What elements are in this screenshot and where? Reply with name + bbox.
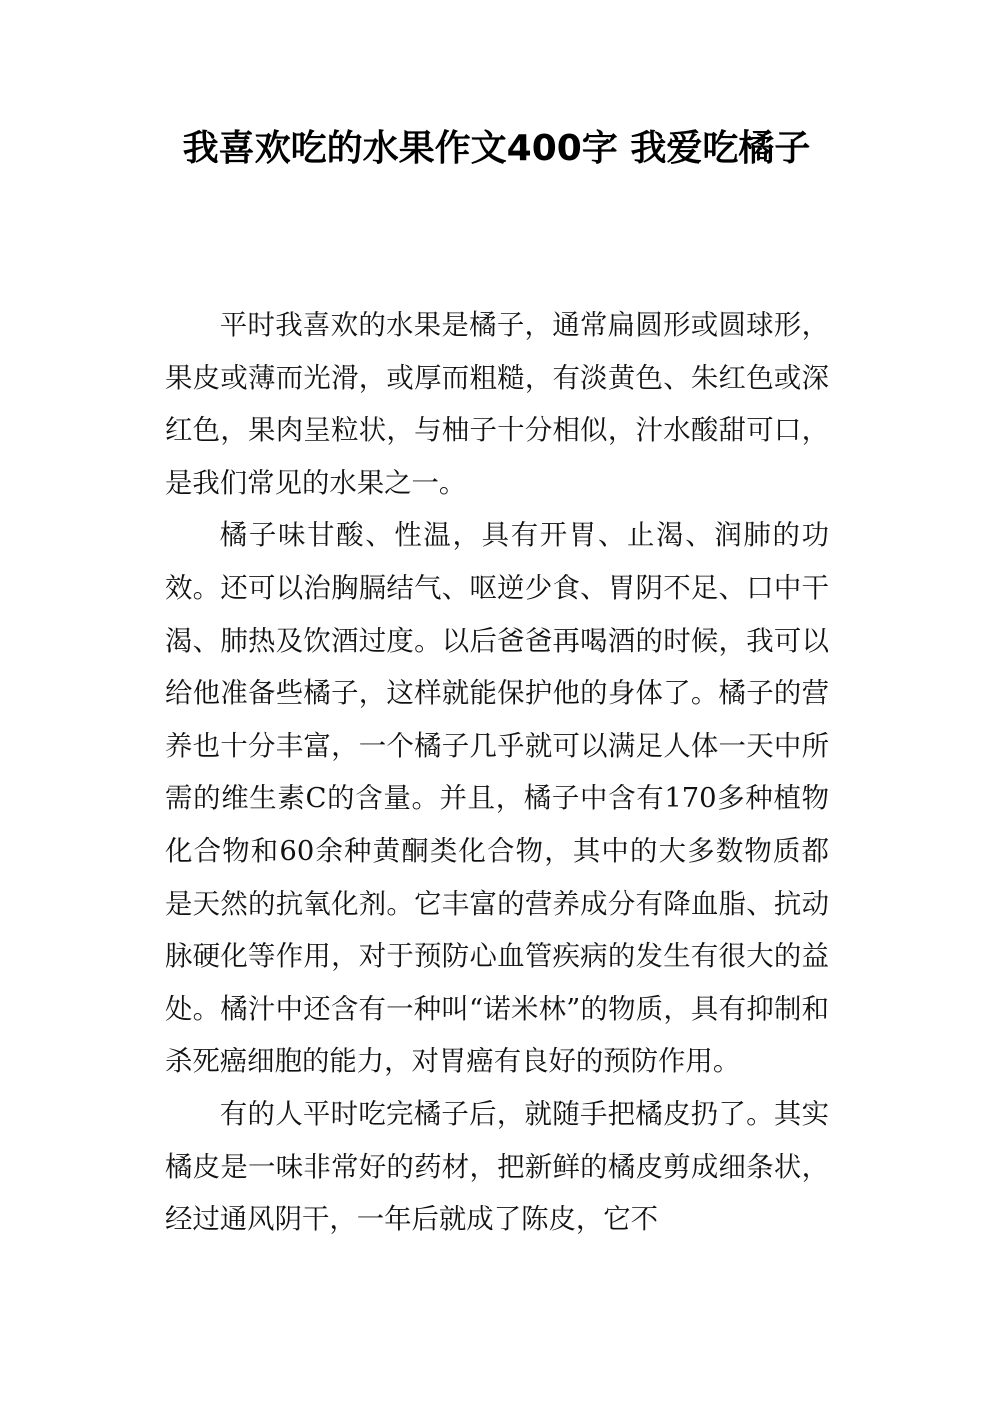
- document-title: 我喜欢吃的水果作文400字 我爱吃橘子: [150, 124, 843, 174]
- document-page: 我喜欢吃的水果作文400字 我爱吃橘子 平时我喜欢的水果是橘子，通常扁圆形或圆球…: [0, 0, 993, 1404]
- paragraph-1: 平时我喜欢的水果是橘子，通常扁圆形或圆球形，果皮或薄而光滑，或厚而粗糙，有淡黄色…: [165, 300, 829, 510]
- paragraph-2: 橘子味甘酸、性温，具有开胃、止渴、润肺的功效。还可以治胸膈结气、呕逆少食、胃阴不…: [165, 510, 829, 1089]
- paragraph-3: 有的人平时吃完橘子后，就随手把橘皮扔了。其实橘皮是一味非常好的药材，把新鲜的橘皮…: [165, 1089, 829, 1247]
- document-body: 平时我喜欢的水果是橘子，通常扁圆形或圆球形，果皮或薄而光滑，或厚而粗糙，有淡黄色…: [165, 300, 829, 1247]
